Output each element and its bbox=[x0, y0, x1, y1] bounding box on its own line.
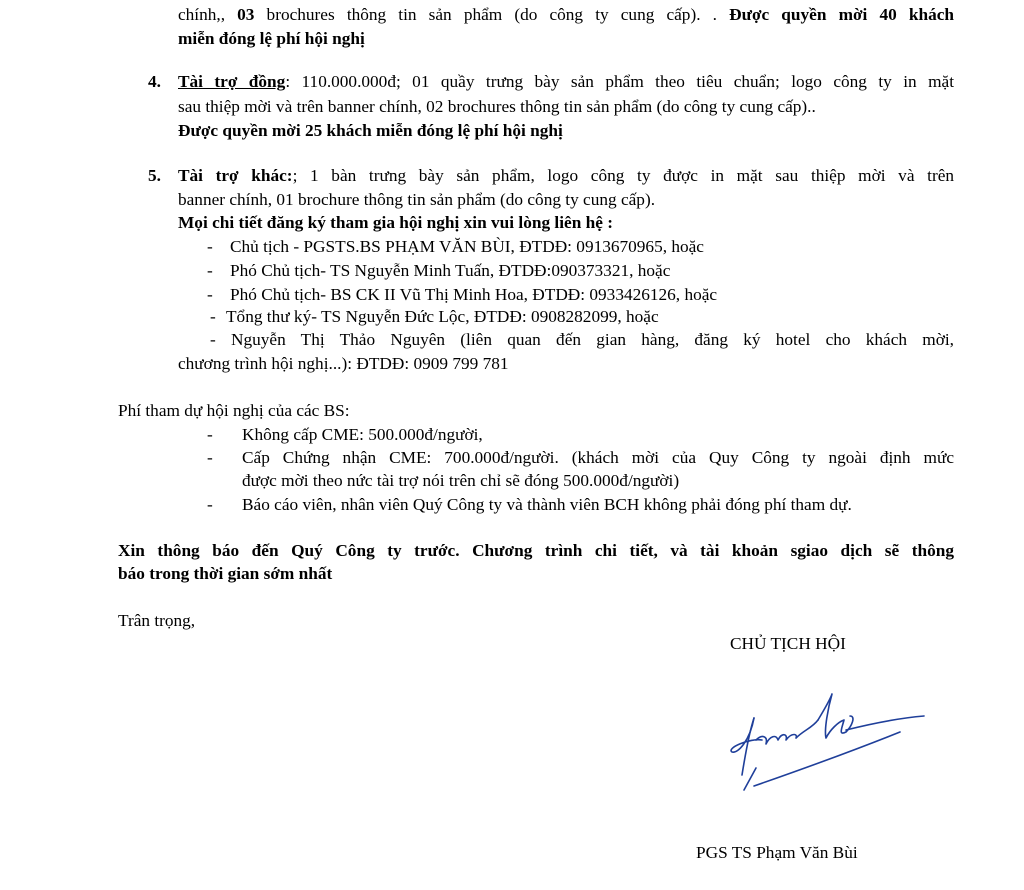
bullet: - bbox=[210, 306, 216, 328]
item-3-continuation-line1: chính,, 03 brochures thông tin sản phẩm … bbox=[178, 4, 954, 26]
fee-exempt: Báo cáo viên, nhân viên Quý Công ty và t… bbox=[242, 494, 852, 516]
text: ; 1 bàn trưng bày sản phẩm, logo công ty… bbox=[293, 166, 954, 185]
fee-cme-line1: Cấp Chứng nhận CME: 700.000đ/người. (khá… bbox=[242, 447, 954, 469]
item-4-line3: Được quyền mời 25 khách miễn đóng lệ phí… bbox=[178, 120, 563, 142]
item-4-number: 4. bbox=[148, 71, 161, 93]
contact-vice-chairman-2: Phó Chủ tịch- BS CK II Vũ Thị Minh Hoa, … bbox=[230, 284, 717, 306]
guest-quota: Được quyền mời 40 khách bbox=[729, 5, 954, 24]
item-4-line2: sau thiệp mời và trên banner chính, 02 b… bbox=[178, 96, 816, 118]
item-4-line1: Tài trợ đồng: 110.000.000đ; 01 quầy trưn… bbox=[178, 71, 954, 93]
fee-cme-line2: được mời theo nức tài trợ nói trên chỉ s… bbox=[242, 470, 679, 492]
text: chính,, bbox=[178, 5, 237, 24]
bullet: - bbox=[207, 284, 213, 306]
contact-secretary: Tổng thư ký- TS Nguyễn Đức Lộc, ĐTDĐ: 09… bbox=[226, 306, 659, 328]
notice-line1: Xin thông báo đến Quý Công ty trước. Chư… bbox=[118, 540, 954, 562]
item-5-number: 5. bbox=[148, 165, 161, 187]
contact-chairman: Chủ tịch - PGSTS.BS PHẠM VĂN BÙI, ĐTDĐ: … bbox=[230, 236, 704, 258]
signature-strokes bbox=[731, 694, 924, 790]
bullet: - bbox=[207, 424, 213, 446]
contact-vice-chairman-1: Phó Chủ tịch- TS Nguyễn Minh Tuấn, ĐTDĐ:… bbox=[230, 260, 670, 282]
handwritten-signature bbox=[720, 690, 940, 800]
brochure-count: 03 bbox=[237, 5, 254, 24]
item-4-title: Tài trợ đồng bbox=[178, 72, 285, 91]
item-5-line1: Tài trợ khác:; 1 bàn trưng bày sản phẩm,… bbox=[178, 165, 954, 187]
signatory-title: CHỦ TỊCH HỘI bbox=[730, 633, 846, 655]
bullet: - bbox=[207, 494, 213, 516]
fees-heading: Phí tham dự hội nghị của các BS: bbox=[118, 400, 350, 422]
bullet: - bbox=[207, 260, 213, 282]
item-5-line2: banner chính, 01 brochure thông tin sản … bbox=[178, 189, 655, 211]
text: : 110.000.000đ; 01 quầy trưng bày sản ph… bbox=[285, 72, 954, 91]
contact-coordinator-line1: - Nguyễn Thị Thảo Nguyên (liên quan đến … bbox=[210, 329, 954, 351]
closing: Trân trọng, bbox=[118, 610, 195, 632]
bullet: - bbox=[207, 447, 213, 469]
signatory-name: PGS TS Phạm Văn Bùi bbox=[696, 842, 858, 864]
item-3-continuation-line2: miễn đóng lệ phí hội nghị bbox=[178, 28, 365, 50]
bullet: - bbox=[207, 236, 213, 258]
contact-heading: Mọi chi tiết đăng ký tham gia hội nghị x… bbox=[178, 212, 613, 234]
fee-no-cme: Không cấp CME: 500.000đ/người, bbox=[242, 424, 483, 446]
contact-coordinator-line2: chương trình hội nghị...): ĐTDĐ: 0909 79… bbox=[178, 353, 509, 375]
item-5-title: Tài trợ khác: bbox=[178, 166, 293, 185]
text: brochures thông tin sản phẩm (do công ty… bbox=[254, 5, 729, 24]
notice-line2: báo trong thời gian sớm nhất bbox=[118, 563, 332, 585]
